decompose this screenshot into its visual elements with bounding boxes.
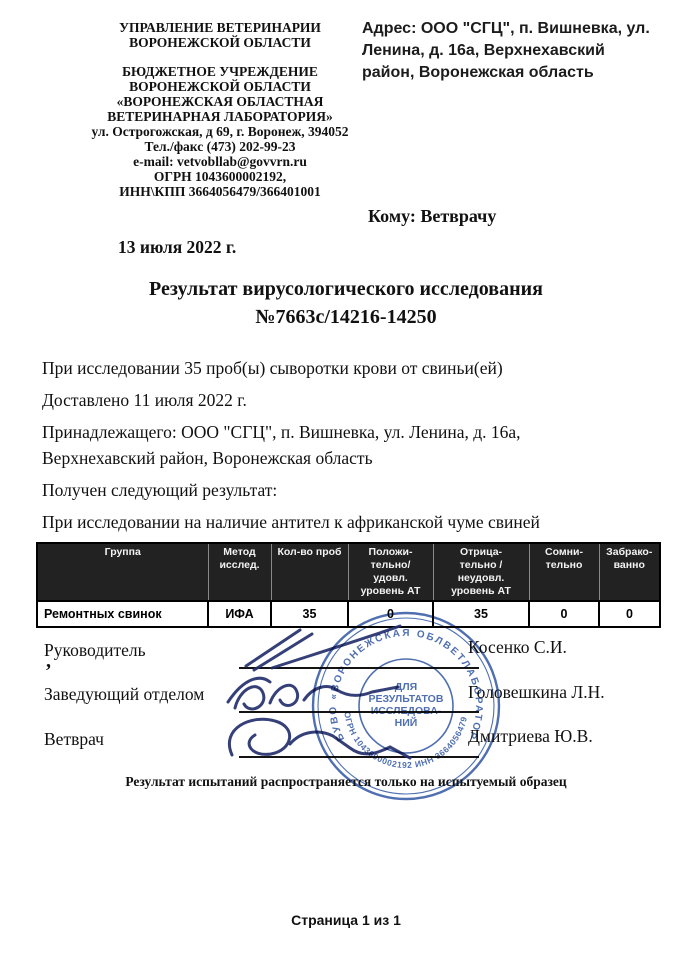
- col-doubtful: Сомни- тельно: [529, 543, 599, 601]
- body-paragraph: Доставлено 11 июля 2022 г.: [42, 387, 662, 413]
- stray-mark: ’: [45, 660, 52, 683]
- cell-doubtful: 0: [529, 601, 599, 627]
- org-line: «ВОРОНЕЖСКАЯ ОБЛАСТНАЯ: [40, 94, 400, 109]
- cell-group: Ремонтных свинок: [37, 601, 208, 627]
- disclaimer-note: Результат испытаний распространяется тол…: [0, 774, 692, 790]
- org-line: УПРАВЛЕНИЕ ВЕТЕРИНАРИИ: [40, 20, 400, 35]
- address-block: Адрес: ООО "СГЦ", п. Вишневка, ул. Ленин…: [362, 18, 686, 84]
- document-number: №7663с/14216-14250: [0, 306, 692, 329]
- signature-role: Руководитель: [44, 640, 146, 661]
- org-address-line: ул. Острогожская, д 69, г. Воронеж, 3940…: [40, 124, 400, 139]
- org-ogrn-line: ОГРН 1043600002192,: [40, 169, 400, 184]
- body-paragraph: Принадлежащего: ООО "СГЦ", п. Вишневка, …: [42, 419, 662, 471]
- org-email-line: e-mail: vetvobllab@govvrn.ru: [40, 154, 400, 169]
- document-page: УПРАВЛЕНИЕ ВЕТЕРИНАРИИ ВОРОНЕЖСКОЙ ОБЛАС…: [0, 0, 692, 968]
- recipient-line: Кому: Ветврачу: [368, 206, 496, 227]
- org-line: ВОРОНЕЖСКОЙ ОБЛАСТИ: [40, 79, 400, 94]
- stamp-center-line: НИЙ: [395, 716, 418, 729]
- org-line: ВОРОНЕЖСКОЙ ОБЛАСТИ: [40, 35, 400, 50]
- org-phone-line: Тел./факс (473) 202-99-23: [40, 139, 400, 154]
- body-paragraph: Получен следующий результат:: [42, 477, 662, 503]
- col-method: Метод исслед.: [208, 543, 271, 601]
- org-line: БЮДЖЕТНОЕ УЧРЕЖДЕНИЕ: [40, 64, 400, 79]
- org-line: ВЕТЕРИНАРНАЯ ЛАБОРАТОРИЯ»: [40, 109, 400, 124]
- stamp-center-line: ДЛЯ: [395, 681, 417, 693]
- org-header-block: УПРАВЛЕНИЕ ВЕТЕРИНАРИИ ВОРОНЕЖСКОЙ ОБЛАС…: [40, 20, 400, 199]
- stamp-center-line: ИССЛЕДОВА-: [371, 705, 442, 717]
- col-sample-count: Кол-во проб: [271, 543, 348, 601]
- document-title: Результат вирусологического исследования: [0, 278, 692, 301]
- col-rejected: Забрако- ванно: [599, 543, 660, 601]
- col-positive: Положи- тельно/ удовл. уровень АТ: [348, 543, 433, 601]
- stamp-center-line: РЕЗУЛЬТАТОВ: [369, 693, 444, 705]
- col-negative: Отрица- тельно / неудовл. уровень АТ: [433, 543, 529, 601]
- body-text: При исследовании 35 проб(ы) сыворотки кр…: [42, 355, 662, 567]
- document-date: 13 июля 2022 г.: [118, 237, 236, 258]
- org-inn-line: ИНН\КПП 3664056479/366401001: [40, 184, 400, 199]
- page-number: Страница 1 из 1: [0, 912, 692, 928]
- cell-rejected: 0: [599, 601, 660, 627]
- col-group: Группа: [37, 543, 208, 601]
- body-paragraph: При исследовании 35 проб(ы) сыворотки кр…: [42, 355, 662, 381]
- signature-role: Заведующий отделом: [44, 684, 204, 705]
- signature-role: Ветврач: [44, 729, 104, 750]
- table-header-row: Группа Метод исслед. Кол-во проб Положи-…: [37, 543, 660, 601]
